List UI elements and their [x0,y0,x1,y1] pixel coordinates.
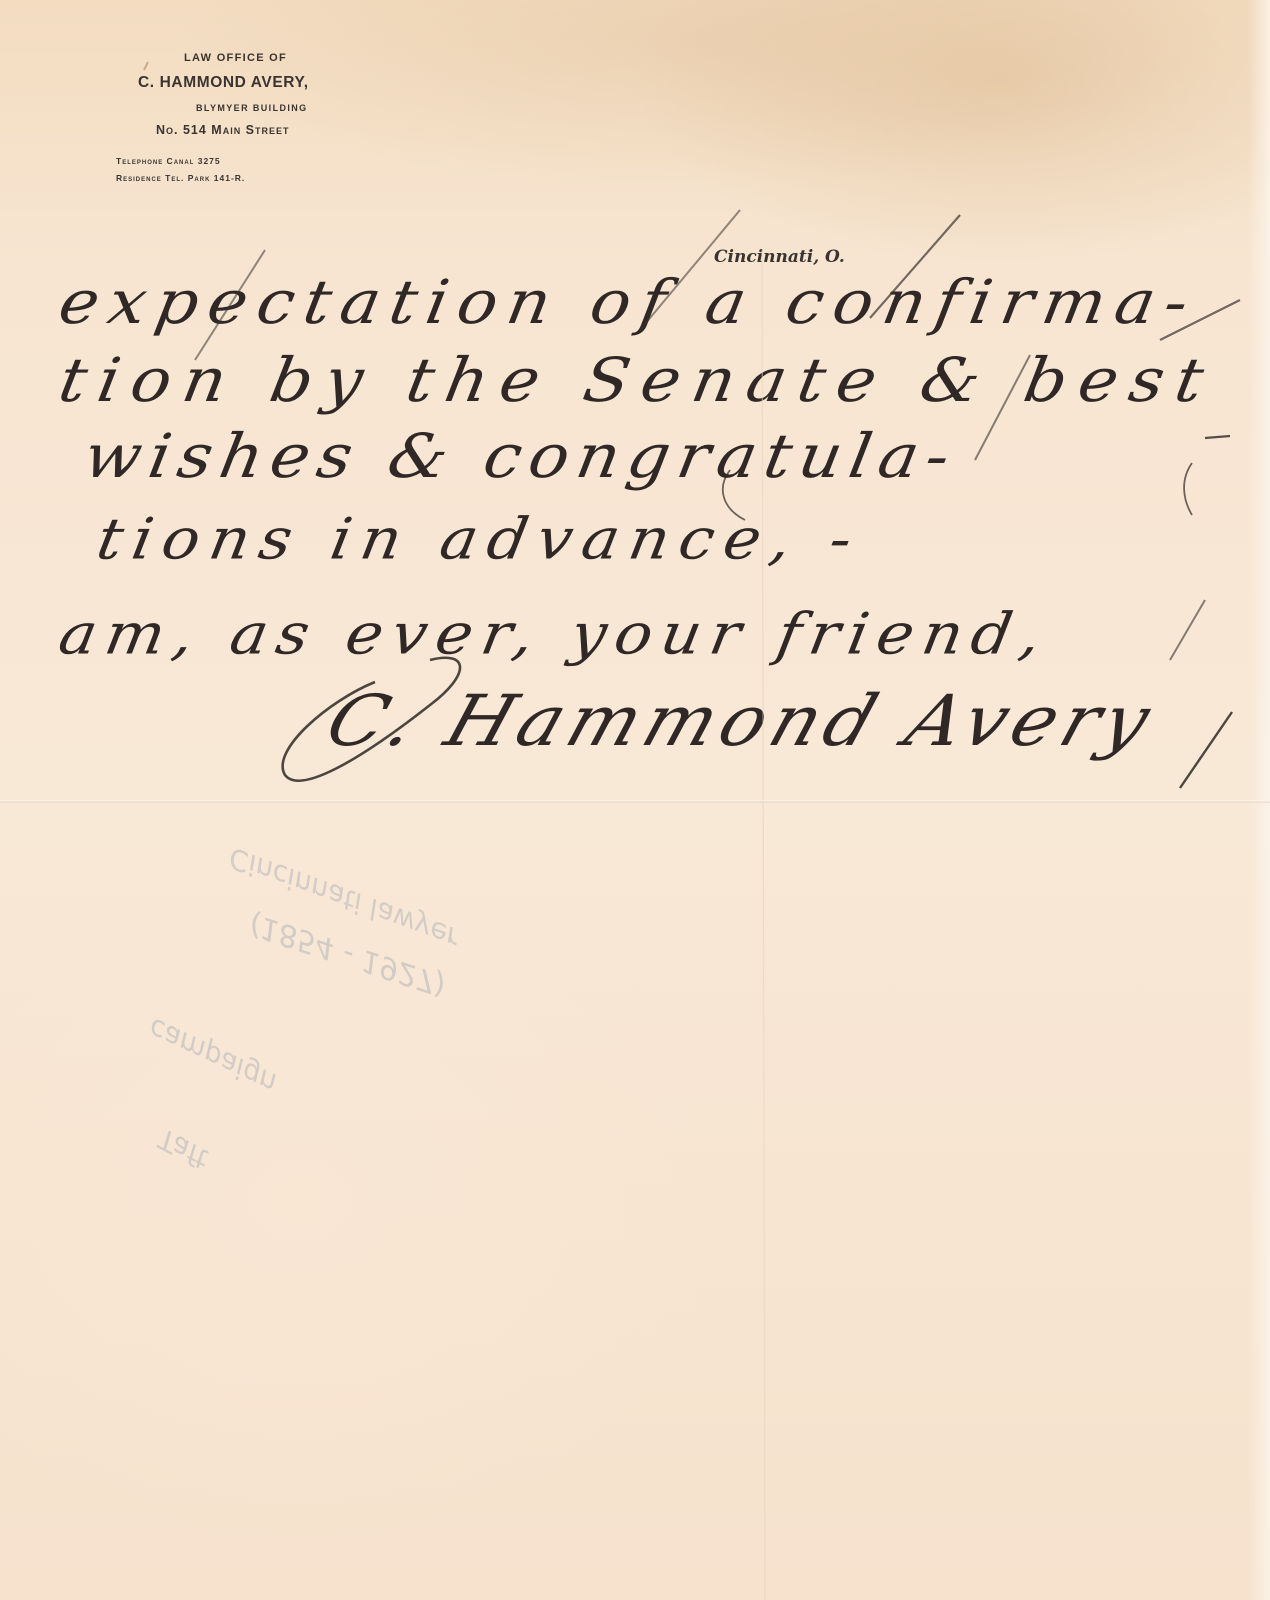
handwritten-line: wishes & congratula- [79,421,963,492]
handwritten-line: tions in advance, - [92,505,867,572]
handwritten-line: tion by the Senate & best [54,345,1221,416]
letterhead-office-label: LAW OFFICE OF [184,52,287,64]
pencil-note: campaign [143,1012,282,1100]
fold-crease [0,800,1270,803]
handwritten-line: am, as ever, your friend, [54,600,1055,667]
pencil-note: Taft [152,1122,214,1176]
letterhead-telephone: Telephone Canal 3275 [116,156,221,166]
dateline-city: Cincinnati, O. [714,247,845,267]
handwritten-line: expectation of a confirma- [54,267,1204,338]
letterhead-building: BLYMYER BUILDING [196,103,308,113]
signature: C. Hammond Avery [317,680,1166,762]
letterhead-residence-telephone: Residence Tel. Park 141-R. [116,173,245,183]
letterhead-name: C. HAMMOND AVERY, [138,74,309,92]
letterhead-street: No. 514 Main Street [156,123,290,137]
letter-page: LAW OFFICE OF C. HAMMOND AVERY, BLYMYER … [0,0,1270,1600]
